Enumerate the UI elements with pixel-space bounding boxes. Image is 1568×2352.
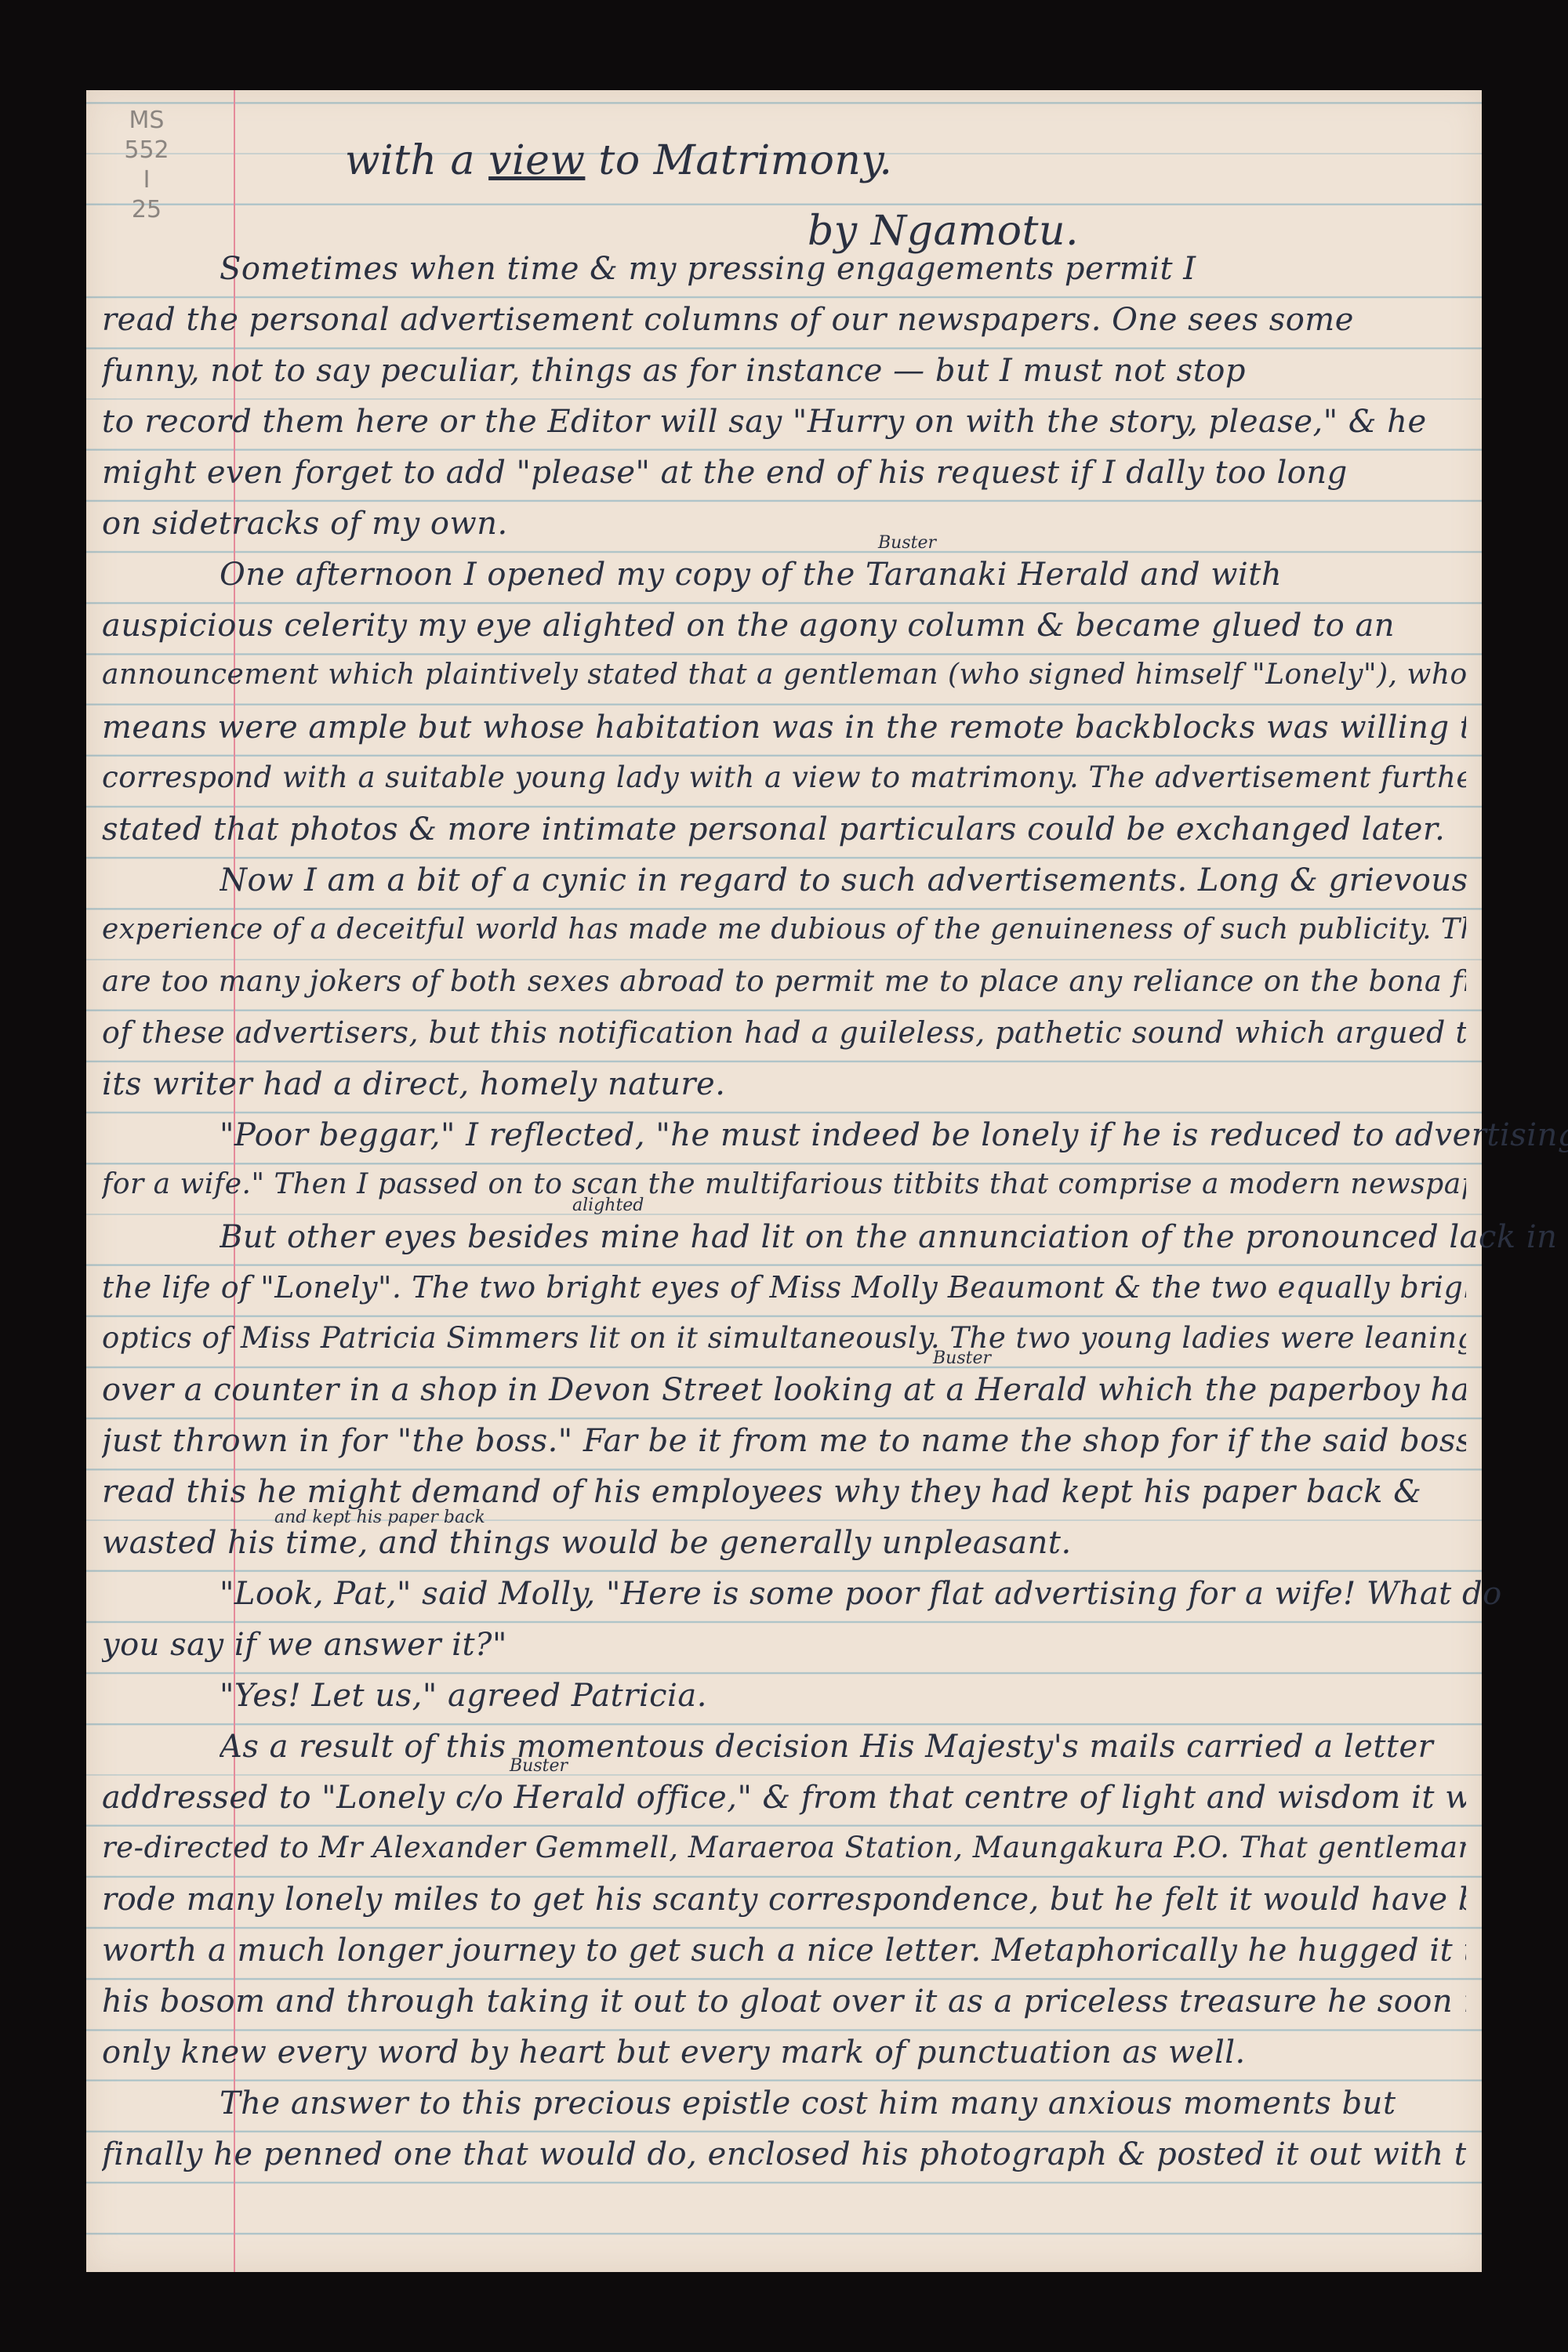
text-line: experience of a deceitful world has made… (102, 913, 1466, 946)
text-line: read this he might demand of his employe… (102, 1474, 1466, 1510)
text-line: correspond with a suitable young lady wi… (102, 760, 1466, 794)
text-line: rode many lonely miles to get his scanty… (102, 1882, 1466, 1918)
archive-ref-ms: MS (103, 106, 190, 136)
text-line: The answer to this precious epistle cost… (220, 2085, 1568, 2122)
text-line: One afternoon I opened my copy of the Ta… (220, 557, 1568, 593)
insertion-note: Buster (510, 1756, 568, 1776)
text-line: addressed to "Lonely c/o Herald office,"… (102, 1780, 1466, 1816)
text-line: for a wife." Then I passed on to scan th… (102, 1168, 1466, 1200)
text-line: announcement which plaintively stated th… (102, 659, 1466, 691)
text-line: its writer had a direct, homely nature. (102, 1066, 1466, 1102)
title-part: with a (345, 137, 488, 184)
text-line: his bosom and through taking it out to g… (102, 1984, 1466, 2020)
text-line: But other eyes besides mine had lit on t… (220, 1219, 1568, 1255)
text-line: "Poor beggar," I reflected, "he must ind… (220, 1117, 1568, 1153)
text-line: of these advertisers, but this notificat… (102, 1015, 1466, 1050)
text-line: over a counter in a shop in Devon Street… (102, 1372, 1466, 1408)
text-line: worth a much longer journey to get such … (102, 1933, 1466, 1969)
text-line: As a result of this momentous decision H… (220, 1729, 1568, 1765)
text-line: only knew every word by heart but every … (102, 2034, 1466, 2071)
text-line: finally he penned one that would do, enc… (102, 2136, 1466, 2172)
text-line: wasted his time, and things would be gen… (102, 1525, 1466, 1561)
text-line: read the personal advertisement columns … (102, 302, 1466, 338)
title-underlined-word: view (488, 137, 585, 184)
archive-ref-number: 552 (103, 136, 190, 165)
text-line: stated that photos & more intimate perso… (102, 811, 1466, 848)
text-line: you say if we answer it?" (102, 1627, 1466, 1663)
text-line: the life of "Lonely". The two bright eye… (102, 1270, 1466, 1305)
text-line: auspicious celerity my eye alighted on t… (102, 608, 1466, 644)
archive-reference: MS 552 I 25 (103, 106, 190, 225)
manuscript-page: MS 552 I 25 with a view to Matrimony. by… (86, 90, 1482, 2272)
insertion-note: Buster (878, 533, 936, 553)
text-line: Sometimes when time & my pressing engage… (220, 251, 1568, 287)
text-line: are too many jokers of both sexes abroad… (102, 964, 1466, 998)
text-line: on sidetracks of my own. (102, 506, 1466, 542)
text-line: re-directed to Mr Alexander Gemmell, Mar… (102, 1831, 1466, 1864)
text-line: just thrown in for "the boss." Far be it… (102, 1423, 1466, 1459)
insertion-note: alighted (572, 1196, 644, 1215)
archive-ref-item: 25 (103, 195, 190, 225)
insertion-note: Buster (933, 1348, 991, 1368)
archive-ref-series: I (103, 165, 190, 195)
text-line: optics of Miss Patricia Simmers lit on i… (102, 1321, 1466, 1355)
text-line: Now I am a bit of a cynic in regard to s… (220, 862, 1568, 898)
text-line: "Look, Pat," said Molly, "Here is some p… (220, 1576, 1568, 1612)
text-line: funny, not to say peculiar, things as fo… (102, 353, 1466, 389)
title-part: to Matrimony. (585, 137, 892, 184)
text-line: to record them here or the Editor will s… (102, 404, 1466, 440)
text-line: might even forget to add "please" at the… (102, 455, 1466, 491)
page-title: with a view to Matrimony. (345, 137, 892, 184)
text-line: means were ample but whose habitation wa… (102, 710, 1466, 746)
byline: by Ngamotu. (808, 208, 1079, 255)
text-line: "Yes! Let us," agreed Patricia. (220, 1678, 1568, 1714)
